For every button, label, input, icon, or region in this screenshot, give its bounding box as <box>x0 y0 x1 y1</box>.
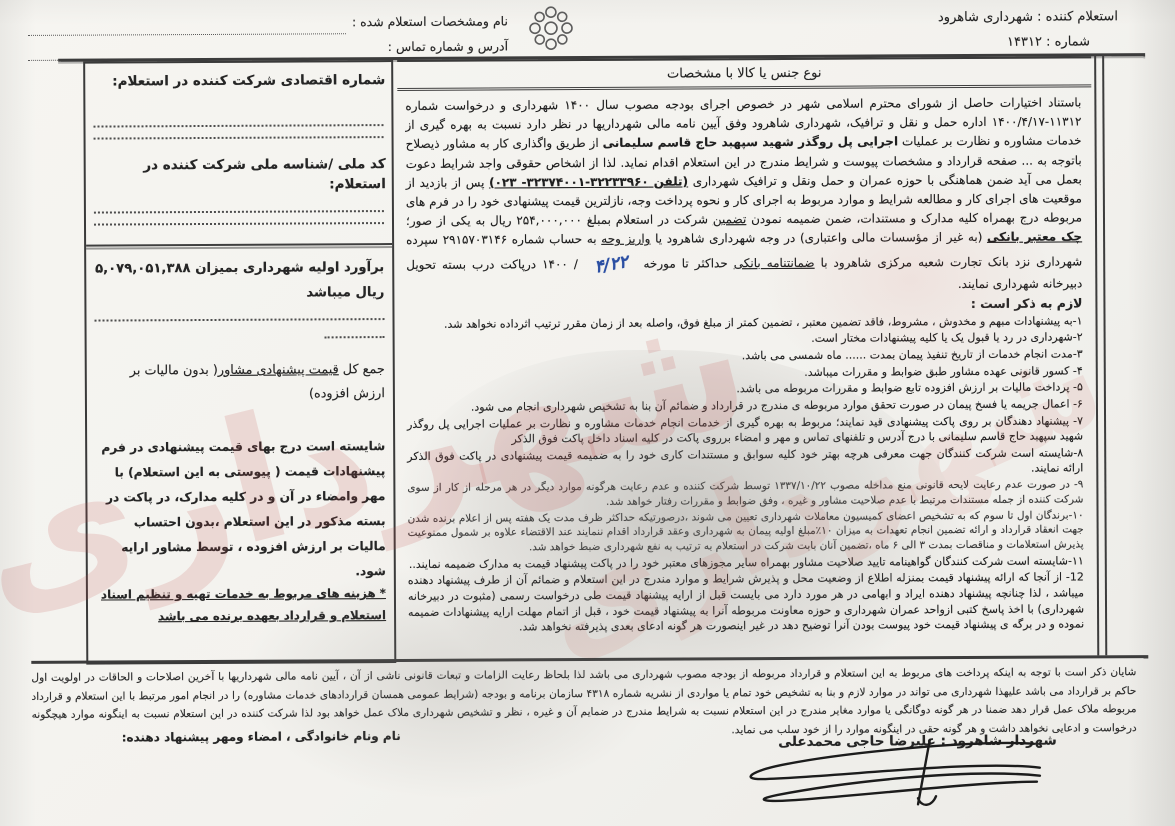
total-label-part: جمع کل <box>339 362 385 377</box>
panel-divider-line <box>86 243 392 247</box>
economic-code-fill-line <box>94 136 384 140</box>
header-requested-block: نام ومشخصات استعلام شده : آدرس و شماره ت… <box>28 8 508 61</box>
guarantee-word-underlined: تضمین <box>713 212 747 226</box>
scanned-document-sheet: شهرداری شهرداری استعلام کننده : شهرداری … <box>0 0 1175 826</box>
initial-estimate-text: برآورد اولیه شهرداری بمیزان ۵,۰۷۹,۰۵۱,۳۸… <box>94 255 384 307</box>
frame-right-double-line <box>1094 55 1107 655</box>
national-id-fill-line <box>94 210 384 214</box>
terms-list: ۱-به پیشنهادات مبهم و مخدوش ، مشروط، فاق… <box>406 313 1084 636</box>
inquirer-label: استعلام کننده : شهرداری شاهرود <box>788 5 1118 31</box>
pricing-instructions-note: شایسته است درج بهای قیمت پیشنهادی در فرم… <box>95 434 386 586</box>
inquiry-terms-panel: نوع جنس یا کالا با مشخصات باستناد اختیار… <box>397 56 1094 661</box>
national-id-label: کد ملی /شناسه ملی شرکت کننده در استعلام: <box>92 154 386 196</box>
handwritten-date: ۴/۲۲ <box>592 249 630 282</box>
total-label-underlined: قیمت پیشنهادی مشاور <box>218 362 339 378</box>
inquiry-intro-paragraph: باستناد اختیارات حاصل از شورای محترم اسل… <box>405 93 1082 296</box>
term-item-9: ۹- در صورت عدم رعایت لایحه قانونی منع مد… <box>407 477 1083 510</box>
total-proposed-price-label: جمع کل قیمت پیشنهادی مشاور( بدون مالیات … <box>95 358 385 408</box>
bank-guarantee-underlined: ضمانتنامه بانکی <box>734 255 815 269</box>
municipality-emblem-icon <box>525 2 577 54</box>
address-label: آدرس و شماره تماس : <box>388 33 508 59</box>
term-item-12: 12- از آنجا که ارائه پیشنهاد قیمت بمنزله… <box>408 570 1084 636</box>
header-inquirer-block: استعلام کننده : شهرداری شاهرود شماره : ۱… <box>788 5 1118 56</box>
notes-section-label: لازم به ذکر است : <box>406 295 1082 314</box>
estimate-fill-line-short <box>325 336 385 338</box>
requested-name-label: نام ومشخصات استعلام شده : <box>352 8 508 34</box>
term-item-7: ۷- پیشنهاد دهندگان بر روی پاکت پیشنهادی … <box>407 413 1083 448</box>
intro-text: (به غیر از مؤسسات مالی واعتباری) در وجه … <box>650 230 987 246</box>
participant-info-panel: شماره اقتصادی شرکت کننده در استعلام: کد … <box>83 60 396 665</box>
dotted-fill-line <box>28 19 346 36</box>
intro-text: شرکت در استعلام بمبلغ ۲۵۴,۰۰۰,۰۰۰ ریال ب… <box>406 212 713 228</box>
costs-responsibility-note: * هزینه های مربوط به خدمات تهیه و تنظیم … <box>96 582 386 628</box>
economic-code-label: شماره اقتصادی شرکت کننده در استعلام: <box>91 70 385 92</box>
goods-type-header: نوع جنس یا کالا با مشخصات <box>397 58 1091 91</box>
economic-code-fill-line <box>93 124 383 128</box>
bank-cheque-underlined: چک معتبر بانکی <box>987 230 1082 244</box>
national-id-fill-line <box>94 222 384 226</box>
proposer-signature-label: نام ونام خانوادگی ، امضاء ومهر پیشنهاد د… <box>122 729 401 744</box>
term-item-10: ۱۰-برندگان اول تا سوم که به تشخیص اعضای … <box>408 508 1084 556</box>
term-item-8: ۸-شایسته است شرکت کنندگان جهت معرفی هرچه… <box>407 445 1083 480</box>
intro-text: حداکثر تا مورخه <box>637 256 733 271</box>
project-title-bold: اجرایی پل روگذر شهید سپهبد حاج قاسم سلیم… <box>603 135 899 151</box>
mayor-signature-handwriting <box>722 738 1052 820</box>
deposit-underlined: واریز وجه <box>601 232 650 246</box>
phone-numbers: (تلفن ۳۲۲۳۳۹۶۰-۳۲۳۷۴۰۰۱- ۰۲۳) <box>489 174 688 189</box>
estimate-fill-line <box>95 318 385 322</box>
inquiry-number: شماره : ۱۴۳۱۲ <box>788 30 1118 56</box>
